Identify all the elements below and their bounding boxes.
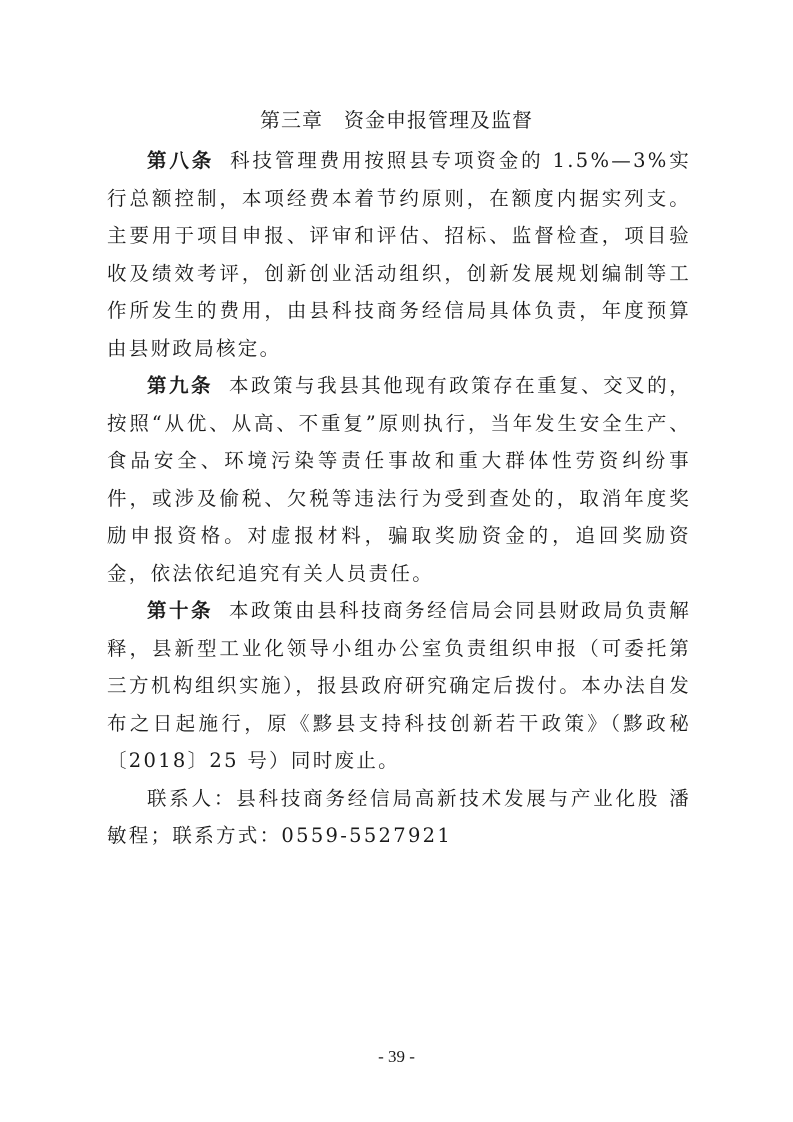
chapter-title: 第三章 资金申报管理及监督 (0, 104, 793, 133)
article-text: 本政策与我县其他现有政策存在重复、交叉的，按照“从优、从高、不重复”原则执行，当… (107, 374, 691, 585)
article-8: 第八条科技管理费用按照县专项资金的 1.5%—3%实行总额控制，本项经费本着节约… (107, 142, 691, 367)
article-10: 第十条本政策由县科技商务经信局会同县财政局负责解释，县新型工业化领导小组办公室负… (107, 592, 691, 780)
article-text: 本政策由县科技商务经信局会同县财政局负责解释，县新型工业化领导小组办公室负责组织… (107, 599, 691, 772)
document-body: 第八条科技管理费用按照县专项资金的 1.5%—3%实行总额控制，本项经费本着节约… (107, 142, 691, 855)
article-text: 科技管理费用按照县专项资金的 1.5%—3%实行总额控制，本项经费本着节约原则，… (107, 149, 691, 360)
document-page: 第三章 资金申报管理及监督 第八条科技管理费用按照县专项资金的 1.5%—3%实… (0, 0, 793, 1122)
contact-info: 联系人：县科技商务经信局高新技术发展与产业化股 潘敏程；联系方式：0559-55… (107, 780, 691, 855)
article-label: 第八条 (147, 149, 214, 172)
page-number: - 39 - (0, 1047, 793, 1067)
article-label: 第九条 (147, 374, 213, 397)
article-label: 第十条 (147, 599, 213, 622)
article-9: 第九条本政策与我县其他现有政策存在重复、交叉的，按照“从优、从高、不重复”原则执… (107, 367, 691, 592)
